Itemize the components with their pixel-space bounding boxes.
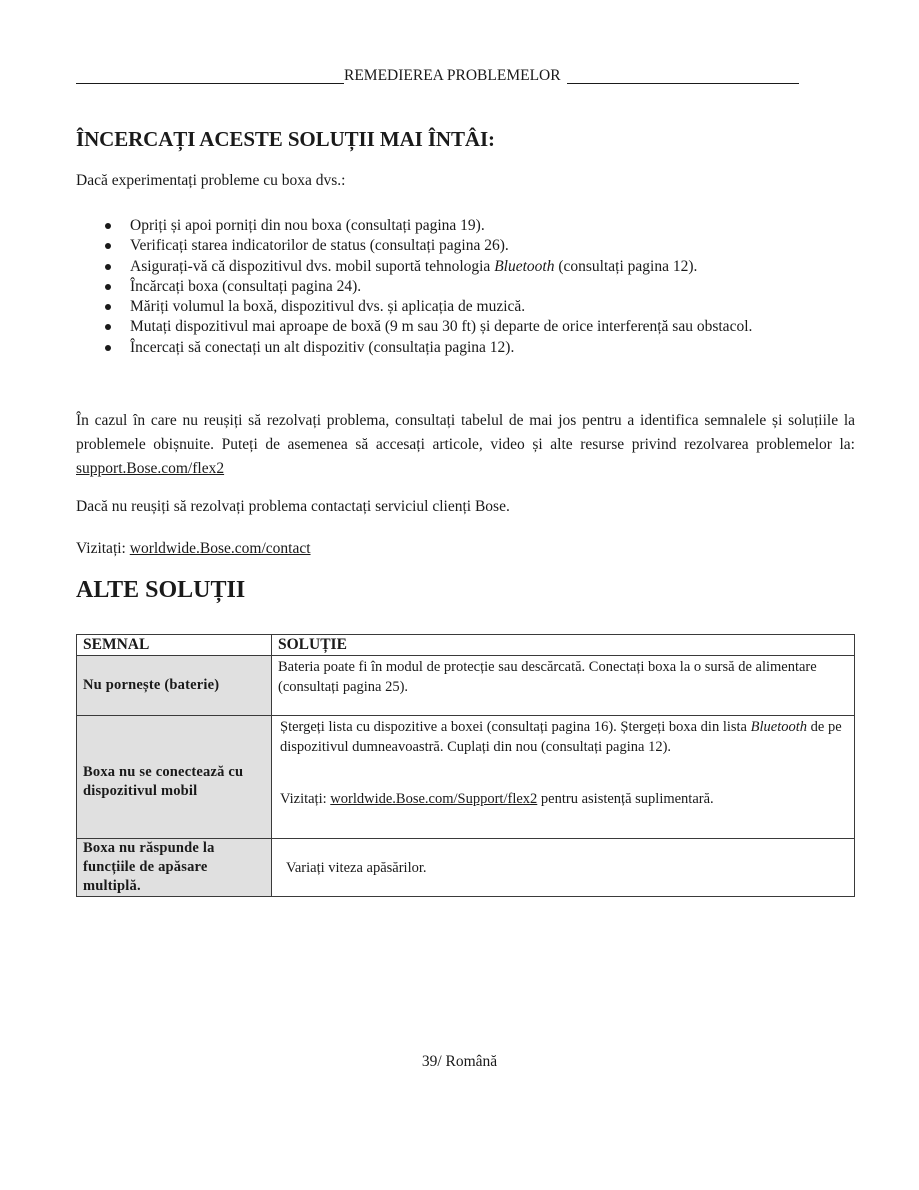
bullet-item: Măriți volumul la boxă, dispozitivul dvs… xyxy=(76,297,752,317)
table-row: Nu pornește (baterie) Bateria poate fi î… xyxy=(77,656,855,716)
header-section-title: REMEDIEREA PROBLEMELOR xyxy=(344,66,561,86)
contact-text: Dacă nu reușiți să rezolvați problema co… xyxy=(76,495,855,519)
solution-text: Ștergeți lista cu dispozitive a boxei (c… xyxy=(280,717,848,757)
bullet-icon xyxy=(105,243,111,249)
second-section-heading: ALTE SOLUȚII xyxy=(76,577,245,604)
column-header-solution: SOLUȚIE xyxy=(272,635,855,656)
intro-text: Dacă experimentați probleme cu boxa dvs.… xyxy=(76,172,345,190)
solution-cell: Variați viteza apăsărilor. xyxy=(272,839,855,897)
header-rule-right xyxy=(567,67,799,84)
bullet-item: Opriți și apoi porniți din nou boxa (con… xyxy=(76,216,752,236)
signal-cell: Boxa nu răspunde la funcțiile de apăsare… xyxy=(77,839,272,897)
page-footer: 39/ Română xyxy=(0,1053,919,1071)
troubleshooting-paragraph: În cazul în care nu reușiți să rezolvați… xyxy=(76,409,855,481)
spacer xyxy=(280,757,848,789)
table-header-row: SEMNAL SOLUȚIE xyxy=(77,635,855,656)
bullet-icon xyxy=(105,324,111,330)
troubleshooting-table: SEMNAL SOLUȚIE Nu pornește (baterie) Bat… xyxy=(76,634,855,897)
bullet-icon xyxy=(105,264,111,270)
solution-cell: Bateria poate fi în modul de protecție s… xyxy=(272,656,855,716)
solutions-bullet-list: Opriți și apoi porniți din nou boxa (con… xyxy=(76,216,752,358)
visit-line: Vizitați: worldwide.Bose.com/contact xyxy=(76,537,855,561)
bullet-icon xyxy=(105,284,111,290)
header-rule-left xyxy=(76,67,344,84)
solution-cell: Ștergeți lista cu dispozitive a boxei (c… xyxy=(272,716,855,839)
support-link[interactable]: support.Bose.com/flex2 xyxy=(76,460,224,477)
bullet-item: Încercați să conectați un alt dispozitiv… xyxy=(76,338,752,358)
bullet-icon xyxy=(105,345,111,351)
page-header: REMEDIEREA PROBLEMELOR xyxy=(76,66,838,86)
bullet-item: Încărcați boxa (consultați pagina 24). xyxy=(76,277,752,297)
signal-cell: Boxa nu se conectează cu dispozitivul mo… xyxy=(77,716,272,839)
contact-link[interactable]: worldwide.Bose.com/contact xyxy=(130,540,311,557)
bullet-icon xyxy=(105,304,111,310)
bullet-item: Mutați dispozitivul mai aproape de boxă … xyxy=(76,317,752,337)
bullet-icon xyxy=(105,223,111,229)
first-section-heading: ÎNCERCAȚI ACESTE SOLUȚII MAI ÎNTÂI: xyxy=(76,127,495,152)
solution-visit-line: Vizitați: worldwide.Bose.com/Support/fle… xyxy=(280,789,848,809)
bullet-item: Verificați starea indicatorilor de statu… xyxy=(76,236,752,256)
signal-cell: Nu pornește (baterie) xyxy=(77,656,272,716)
table-row: Boxa nu se conectează cu dispozitivul mo… xyxy=(77,716,855,839)
bullet-item: Asigurați-vă că dispozitivul dvs. mobil … xyxy=(76,257,752,277)
column-header-signal: SEMNAL xyxy=(77,635,272,656)
table-row: Boxa nu răspunde la funcțiile de apăsare… xyxy=(77,839,855,897)
support-flex2-link[interactable]: worldwide.Bose.com/Support/flex2 xyxy=(330,791,537,807)
